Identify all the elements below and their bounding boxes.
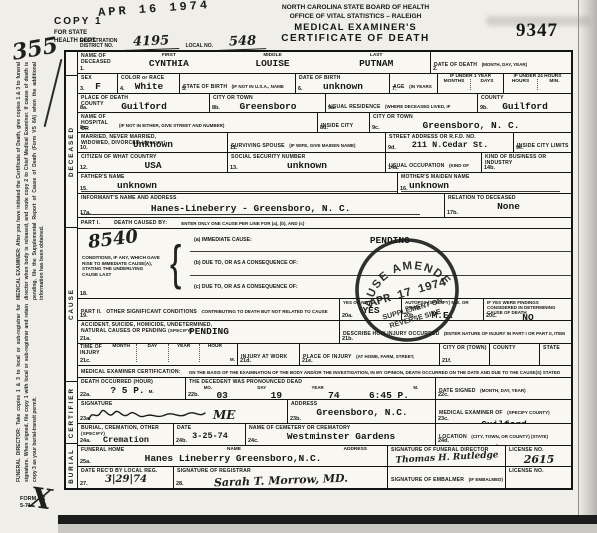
field-funeral-director-signature: SIGNATURE OF FUNERAL DIRECTOR Thomas H. … (388, 446, 506, 466)
sex-value: F (81, 81, 115, 92)
field-kind-of-business: KIND OF BUSINESS OR INDUSTRY 14b. (482, 153, 571, 172)
deceased-middle-name: LOUISE (221, 58, 325, 69)
scan-bottom-edge (58, 524, 597, 533)
field-injury-state: STATE (540, 344, 571, 365)
field-residence-county: COUNTY Guilford 9b. (478, 94, 571, 112)
death-hour-value: ? 5 P. (110, 385, 144, 396)
cause-amended-stamp: CAUSE AMENDED APR 17 1974 SUPPLEMENT ON … (344, 234, 470, 350)
field-street-address: STREET ADDRESS OR R.F.D. NO. 211 N.Cedar… (386, 133, 514, 152)
field-name-of-deceased: NAME OFDECEASED FIRST CYNTHIA MIDDLE LOU… (78, 52, 431, 73)
registration-district-number: 4195 (123, 33, 180, 51)
ssn-value: unknown (231, 160, 383, 171)
date-signed-value: 03-19-74 (439, 397, 569, 399)
field-relation-to-deceased: RELATION TO DECEASED None 17b. (444, 194, 571, 217)
certificate-number: 9347 (516, 20, 558, 42)
fathers-name-value: unknown (81, 180, 398, 192)
field-informant: INFORMANT'S NAME AND ADDRESS Hanes-Lineb… (78, 194, 444, 217)
pronounced-hour: 6:45 P. (369, 390, 409, 399)
field-mothers-maiden-name: MOTHER'S MAIDEN NAME unknown 16. (398, 173, 571, 193)
medical-examiner-instructions: MEDICAL EXAMINER: After you have initiat… (16, 62, 58, 300)
field-date-of-death: DATE OF DEATH (MONTH, DAY, YEAR) 03-19-7… (431, 52, 571, 73)
relation-value: None (448, 201, 569, 212)
section-label-cause: CAUSE (68, 288, 75, 320)
local-number: 548 (219, 33, 267, 51)
field-cemetery-location: LOCATION (CITY, TOWN, OR COUNTY) (STATE)… (436, 424, 571, 445)
funeral-director-instructions: FUNERAL DIRECTOR: Take copies 1 & 3 to l… (16, 304, 48, 482)
received-date-stamp: APR 16 1974 (98, 0, 211, 20)
field-cemetery-name: NAME OF CEMETERY OR CREMATORY Westminste… (246, 424, 436, 445)
field-age: AGE (IN YEARS LAST BIRTHDAY) 19 7. (390, 74, 438, 93)
field-injury-county: COUNTY (490, 344, 540, 365)
field-surviving-spouse: SURVIVING SPOUSE (IF WIFE, GIVE MAIDEN N… (228, 133, 386, 152)
cemetery-value: Westminster Gardens (249, 431, 433, 442)
field-fathers-name: FATHER'S NAME unknown 15. (78, 173, 398, 193)
field-pod-inside-city-limits: INSIDE CITY LIMITS (SPECIFY YES OR NO) Y… (318, 113, 370, 132)
field-social-security-number: SOCIAL SECURITY NUMBER unknown 13. (228, 153, 386, 172)
field-res-inside-city-limits: INSIDE CITY LIMITS (SPECIFY YES OR NO) Y… (514, 133, 571, 152)
scan-bottom-shadow (58, 515, 597, 524)
field-if-under-24-hours: IF UNDER 24 HOURS HOURS MIN. (504, 74, 571, 93)
place-of-death-city-value: Greensboro (213, 101, 323, 112)
residence-city-value: Greensboro, N. C. (373, 120, 569, 131)
handwritten-code-8540: 8540 (87, 229, 139, 253)
form-header: NORTH CAROLINA STATE BOARD OF HEALTH OFF… (248, 4, 463, 44)
registration-row: REGISTRATION DISTRICT NO. 4195 LOCAL NO.… (80, 34, 266, 50)
me-signature-suffix: ME (213, 408, 235, 422)
me-signature-scrawl (87, 407, 207, 423)
field-injury-at-work: INJURY AT WORK (SPECIFY YES OR NO) No 21… (238, 344, 300, 365)
section-label-deceased: DECEASED (68, 126, 75, 177)
field-embalmer-license: LICENSE NO. (506, 467, 571, 488)
field-date-of-birth: DATE OF BIRTH unknown 6. (296, 74, 390, 93)
field-color-or-race: COLOR or RACE White 4. (118, 74, 180, 93)
field-medical-examiner-of: MEDICAL EXAMINER OF (SPECIFY COUNTY) Gui… (436, 400, 571, 423)
field-date-signed: DATE SIGNED (MONTH, DAY, YEAR) 03-19-74 … (436, 378, 571, 399)
me-certification: MEDICAL EXAMINER CERTIFICATION: ON THE B… (78, 366, 571, 377)
funeral-home-value: Hanes Lineberry Greensboro,N.C. (81, 453, 385, 464)
org-line1: NORTH CAROLINA STATE BOARD OF HEALTH (248, 4, 463, 13)
org-line2: OFFICE OF VITAL STATISTICS – RALEIGH (248, 13, 463, 22)
location-value: Greensboro,N.C. (439, 443, 569, 445)
field-burial-date: DATE 3-25-74 24b. (174, 424, 246, 445)
brace-glyph: { (170, 236, 181, 293)
field-findings-considered: IF YES WERE FINDINGS CONSIDERED IN DETER… (484, 299, 571, 320)
me-address-value: Greensboro, N.C. (291, 407, 433, 418)
citizen-value: USA (81, 160, 225, 171)
field-date-received: DATE REC'D BY LOCAL REG. 3|29|74 27. (78, 467, 174, 488)
pronounced-year: 74 (328, 390, 339, 399)
field-marital-status: MARRIED, NEVER MARRIED,WIDOWED, DIVORCED… (78, 133, 228, 152)
form-title-line1: MEDICAL EXAMINER'S (248, 22, 463, 33)
field-residence-state: USUAL RESIDENCE (WHERE DECEASED LIVED, I… (326, 94, 478, 112)
field-part2-other-conditions: PART II. OTHER SIGNIFICANT CONDITIONS CO… (78, 299, 340, 320)
deceased-last-name: PUTNAM (324, 58, 428, 69)
scan-edge-line (578, 0, 579, 533)
field-sex: SEX F 3. (78, 74, 118, 93)
form-title-line2: CERTIFICATE OF DEATH (248, 33, 463, 44)
deceased-first-name: CYNTHIA (117, 58, 221, 69)
date-received-value: 3|29|74 (81, 474, 171, 485)
part1-header: PART I. DEATH CAUSED BY: ENTER ONLY ONE … (78, 218, 571, 228)
mothers-maiden-name-value: unknown (401, 180, 560, 192)
me-county-value: Guilford (439, 419, 569, 423)
field-usual-occupation: USUAL OCCUPATION (KIND OF WORK DONE DURI… (386, 153, 482, 172)
field-residence-city: CITY OR TOWN Greensboro, N. C. 9c. (370, 113, 571, 132)
date-of-death-value: 03-19-74 (434, 71, 569, 73)
street-address-value: 211 N.Cedar St. (389, 140, 511, 150)
informant-value: Hanes-Lineberry - Greensboro, N. C. (81, 203, 420, 215)
fd-license-value: 2615 (509, 453, 569, 466)
scan-right-edge (578, 0, 597, 533)
field-citizen-of: CITIZEN OF WHAT COUNTRY USA 12. (78, 153, 228, 172)
section-label-certifier: CERTIFIER (68, 387, 75, 438)
field-registrar-signature: SIGNATURE OF REGISTRAR Sarah T. Morrow, … (174, 467, 388, 488)
cause-conditions-cell: 8540 CONDITIONS, IF ANY, WHICH GAVE RISE… (78, 229, 190, 298)
pronounced-month: 03 (216, 390, 227, 399)
section-label-burial: BURIAL (68, 448, 75, 484)
copy-label: COPY 1 (54, 16, 103, 27)
field-burial-cremation: BURIAL, CREMATION, OTHER (SPECIFY) Crema… (78, 424, 174, 445)
date-of-birth-value: unknown (299, 81, 387, 92)
field-funeral-home: FUNERAL HOME NAME ADDRESS Hanes Lineberr… (78, 446, 388, 466)
race-value: White (121, 81, 177, 92)
field-time-of-injury: TIME OFINJURY MONTH DAY YEAR HOUR M. 21c… (78, 344, 238, 365)
field-me-signature: SIGNATURE ME 23a. (78, 400, 288, 423)
field-hospital-or-institution: NAME OF HOSPITAL OR INSTITUTION (IF NOT … (78, 113, 318, 132)
residence-county-value: Guilford (481, 101, 569, 112)
penciled-number: 355 (10, 32, 60, 66)
field-manner-of-death: ACCIDENT, SUICIDE, HOMICIDE, UNDETERMINE… (78, 321, 340, 343)
field-if-under-1-year: IF UNDER 1 YEAR MONTHS DAYS (438, 74, 504, 93)
field-death-occurred-hour: DEATH OCCURRED (HOUR) ? 5 P. M. 22a. (78, 378, 186, 399)
conditions-note: CONDITIONS, IF ANY, WHICH GAVE RISE TO I… (82, 255, 160, 278)
handwritten-x-mark: X (28, 481, 54, 517)
field-me-address: ADDRESS Greensboro, N.C. 23b. (288, 400, 436, 423)
field-place-of-death-county: PLACE OF DEATHCOUNTY Guilford 8a. (78, 94, 210, 112)
pronounced-day: 19 (271, 390, 282, 399)
field-pronounced-dead: THE DECEDENT WAS PRONOUNCED DEAD MO. 03 … (186, 378, 436, 399)
section-strip: DECEASED CAUSE CERTIFIER BURIAL (66, 52, 78, 488)
field-place-of-death-city: CITY OR TOWN Greensboro 8b. (210, 94, 326, 112)
field-fd-license: LICENSE NO. 2615 (506, 446, 571, 466)
death-certificate-scan: COPY 1 FOR STATE HEALTH DEPT. APR 16 197… (0, 0, 597, 533)
certificate-table: DECEASED CAUSE CERTIFIER BURIAL NAME OFD… (64, 50, 573, 490)
field-embalmer-signature: SIGNATURE OF EMBALMER (IF EMBALMED) (388, 467, 506, 488)
field-state-of-birth: STATE OF BIRTH (IF NOT IN U.S.A., NAME C… (180, 74, 296, 93)
